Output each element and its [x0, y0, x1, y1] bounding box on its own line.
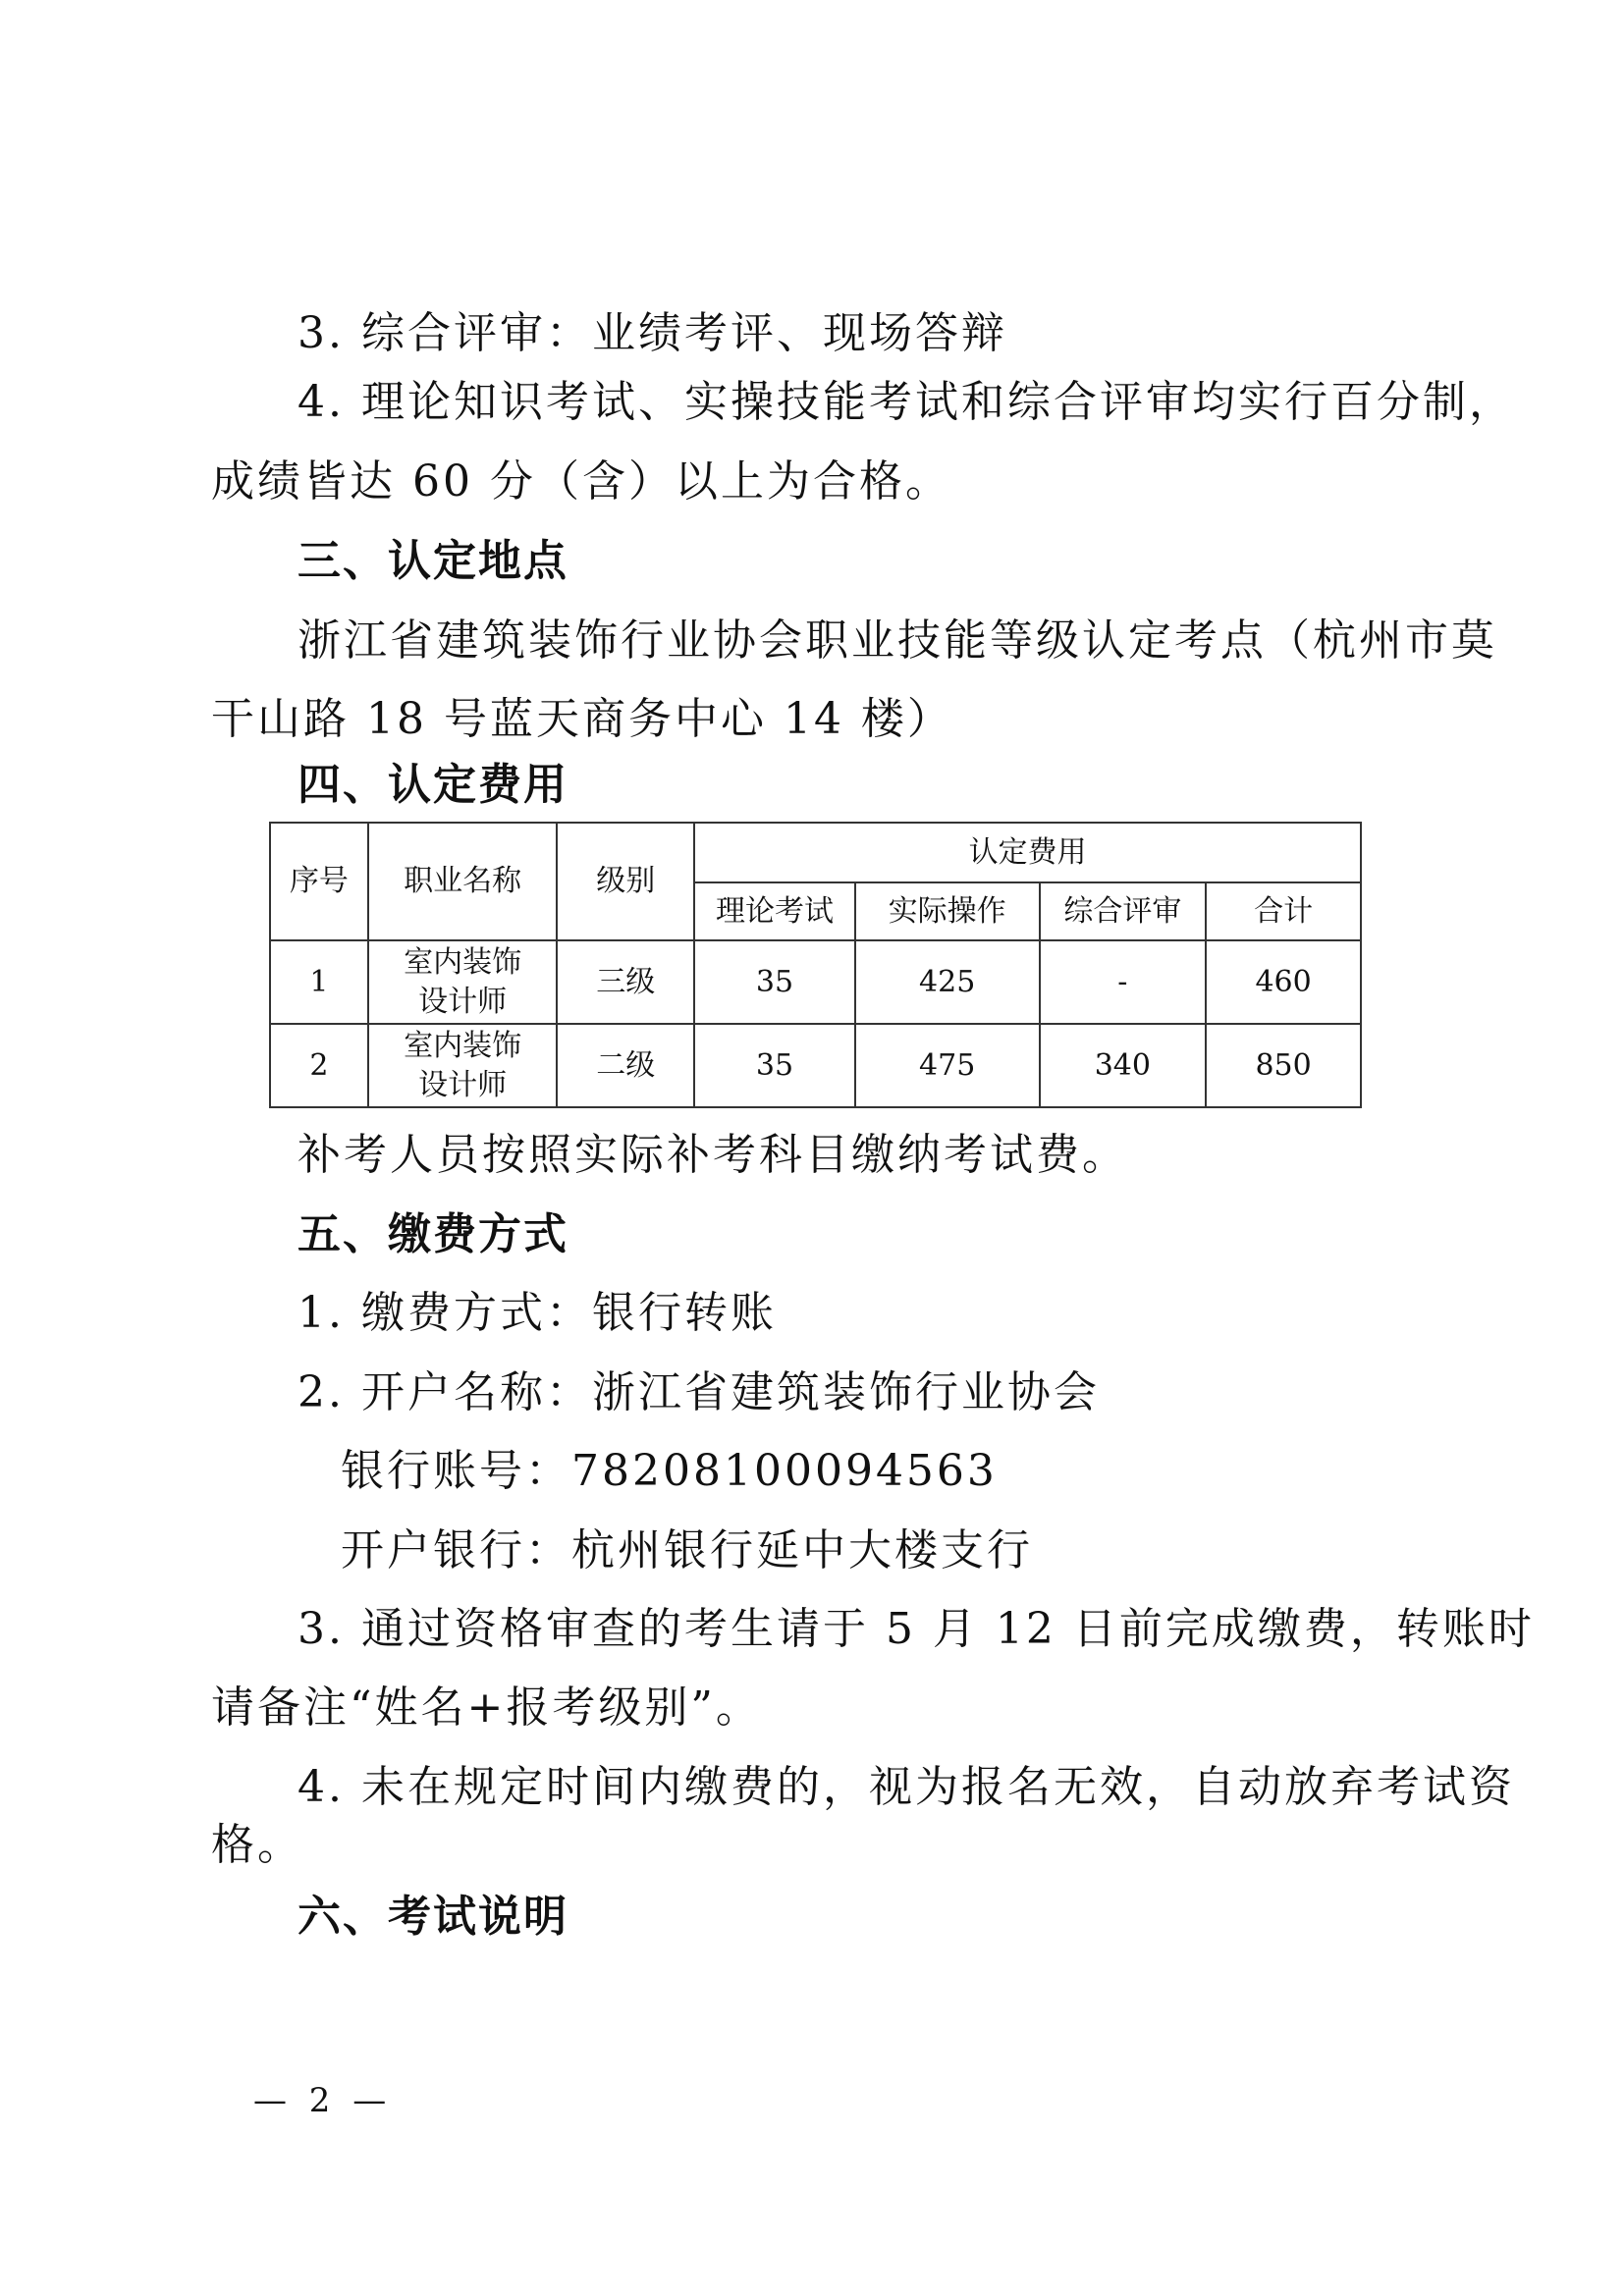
header-total: 合计	[1206, 882, 1361, 940]
occupation-line1: 室内装饰	[369, 1027, 557, 1066]
payment-method: 1. 缴费方式：银行转账	[298, 1274, 1525, 1353]
cell-seq: 2	[270, 1024, 368, 1107]
occupation-line1: 室内装饰	[369, 943, 557, 983]
header-fees-group: 认定费用	[694, 823, 1361, 882]
section-heading-exam-notes: 六、考试说明	[298, 1878, 1525, 1956]
header-practical: 实际操作	[855, 882, 1040, 940]
fee-table: 序号 职业名称 级别 认定费用 理论考试 实际操作 综合评审 合计 1 室内装饰…	[269, 822, 1362, 1108]
cell-practical: 425	[855, 940, 1040, 1024]
cell-total: 850	[1206, 1024, 1361, 1107]
section-heading-location: 三、认定地点	[298, 522, 1525, 601]
cell-practical: 475	[855, 1024, 1040, 1107]
cell-theory: 35	[694, 1024, 855, 1107]
section-heading-payment: 五、缴费方式	[298, 1196, 1525, 1274]
paragraph-item-4-line1: 4. 理论知识考试、实操技能考试和综合评审均实行百分制，	[298, 363, 1438, 442]
page-number: — 2 —	[253, 2079, 392, 2122]
table-header-row: 序号 职业名称 级别 认定费用	[270, 823, 1361, 882]
payment-deadline-line1: 3. 通过资格审查的考生请于 5 月 12 日前完成缴费，转账时	[298, 1590, 1438, 1669]
cell-occupation: 室内装饰 设计师	[368, 940, 558, 1024]
cell-review: -	[1040, 940, 1207, 1024]
cell-total: 460	[1206, 940, 1361, 1024]
cell-occupation: 室内装饰 设计师	[368, 1024, 558, 1107]
paragraph-item-4-line2: 成绩皆达 60 分（含）以上为合格。	[211, 443, 1438, 521]
makeup-note: 补考人员按照实际补考科目缴纳考试费。	[298, 1116, 1525, 1195]
paragraph-item-3: 3. 综合评审：业绩考评、现场答辩	[298, 294, 1525, 373]
bank-branch: 开户银行：杭州银行延中大楼支行	[341, 1512, 1568, 1590]
header-review: 综合评审	[1040, 882, 1207, 940]
occupation-line2: 设计师	[369, 983, 557, 1022]
table-row: 1 室内装饰 设计师 三级 35 425 - 460	[270, 940, 1361, 1024]
section-heading-fees: 四、认定费用	[298, 746, 1525, 825]
header-theory: 理论考试	[694, 882, 855, 940]
header-level: 级别	[557, 823, 694, 940]
header-occupation: 职业名称	[368, 823, 558, 940]
cell-theory: 35	[694, 940, 855, 1024]
header-seq: 序号	[270, 823, 368, 940]
payment-deadline-line2: 请备注“姓名+报考级别”。	[211, 1669, 1438, 1747]
location-line1: 浙江省建筑装饰行业协会职业技能等级认定考点（杭州市莫	[298, 602, 1438, 680]
cell-level: 三级	[557, 940, 694, 1024]
table-row: 2 室内装饰 设计师 二级 35 475 340 850	[270, 1024, 1361, 1107]
cell-level: 二级	[557, 1024, 694, 1107]
cell-review: 340	[1040, 1024, 1207, 1107]
late-payment-line2: 格。	[211, 1806, 1438, 1885]
occupation-line2: 设计师	[369, 1066, 557, 1105]
bank-account-number: 银行账号：78208100094563	[341, 1432, 1568, 1511]
cell-seq: 1	[270, 940, 368, 1024]
account-name: 2. 开户名称：浙江省建筑装饰行业协会	[298, 1354, 1525, 1432]
